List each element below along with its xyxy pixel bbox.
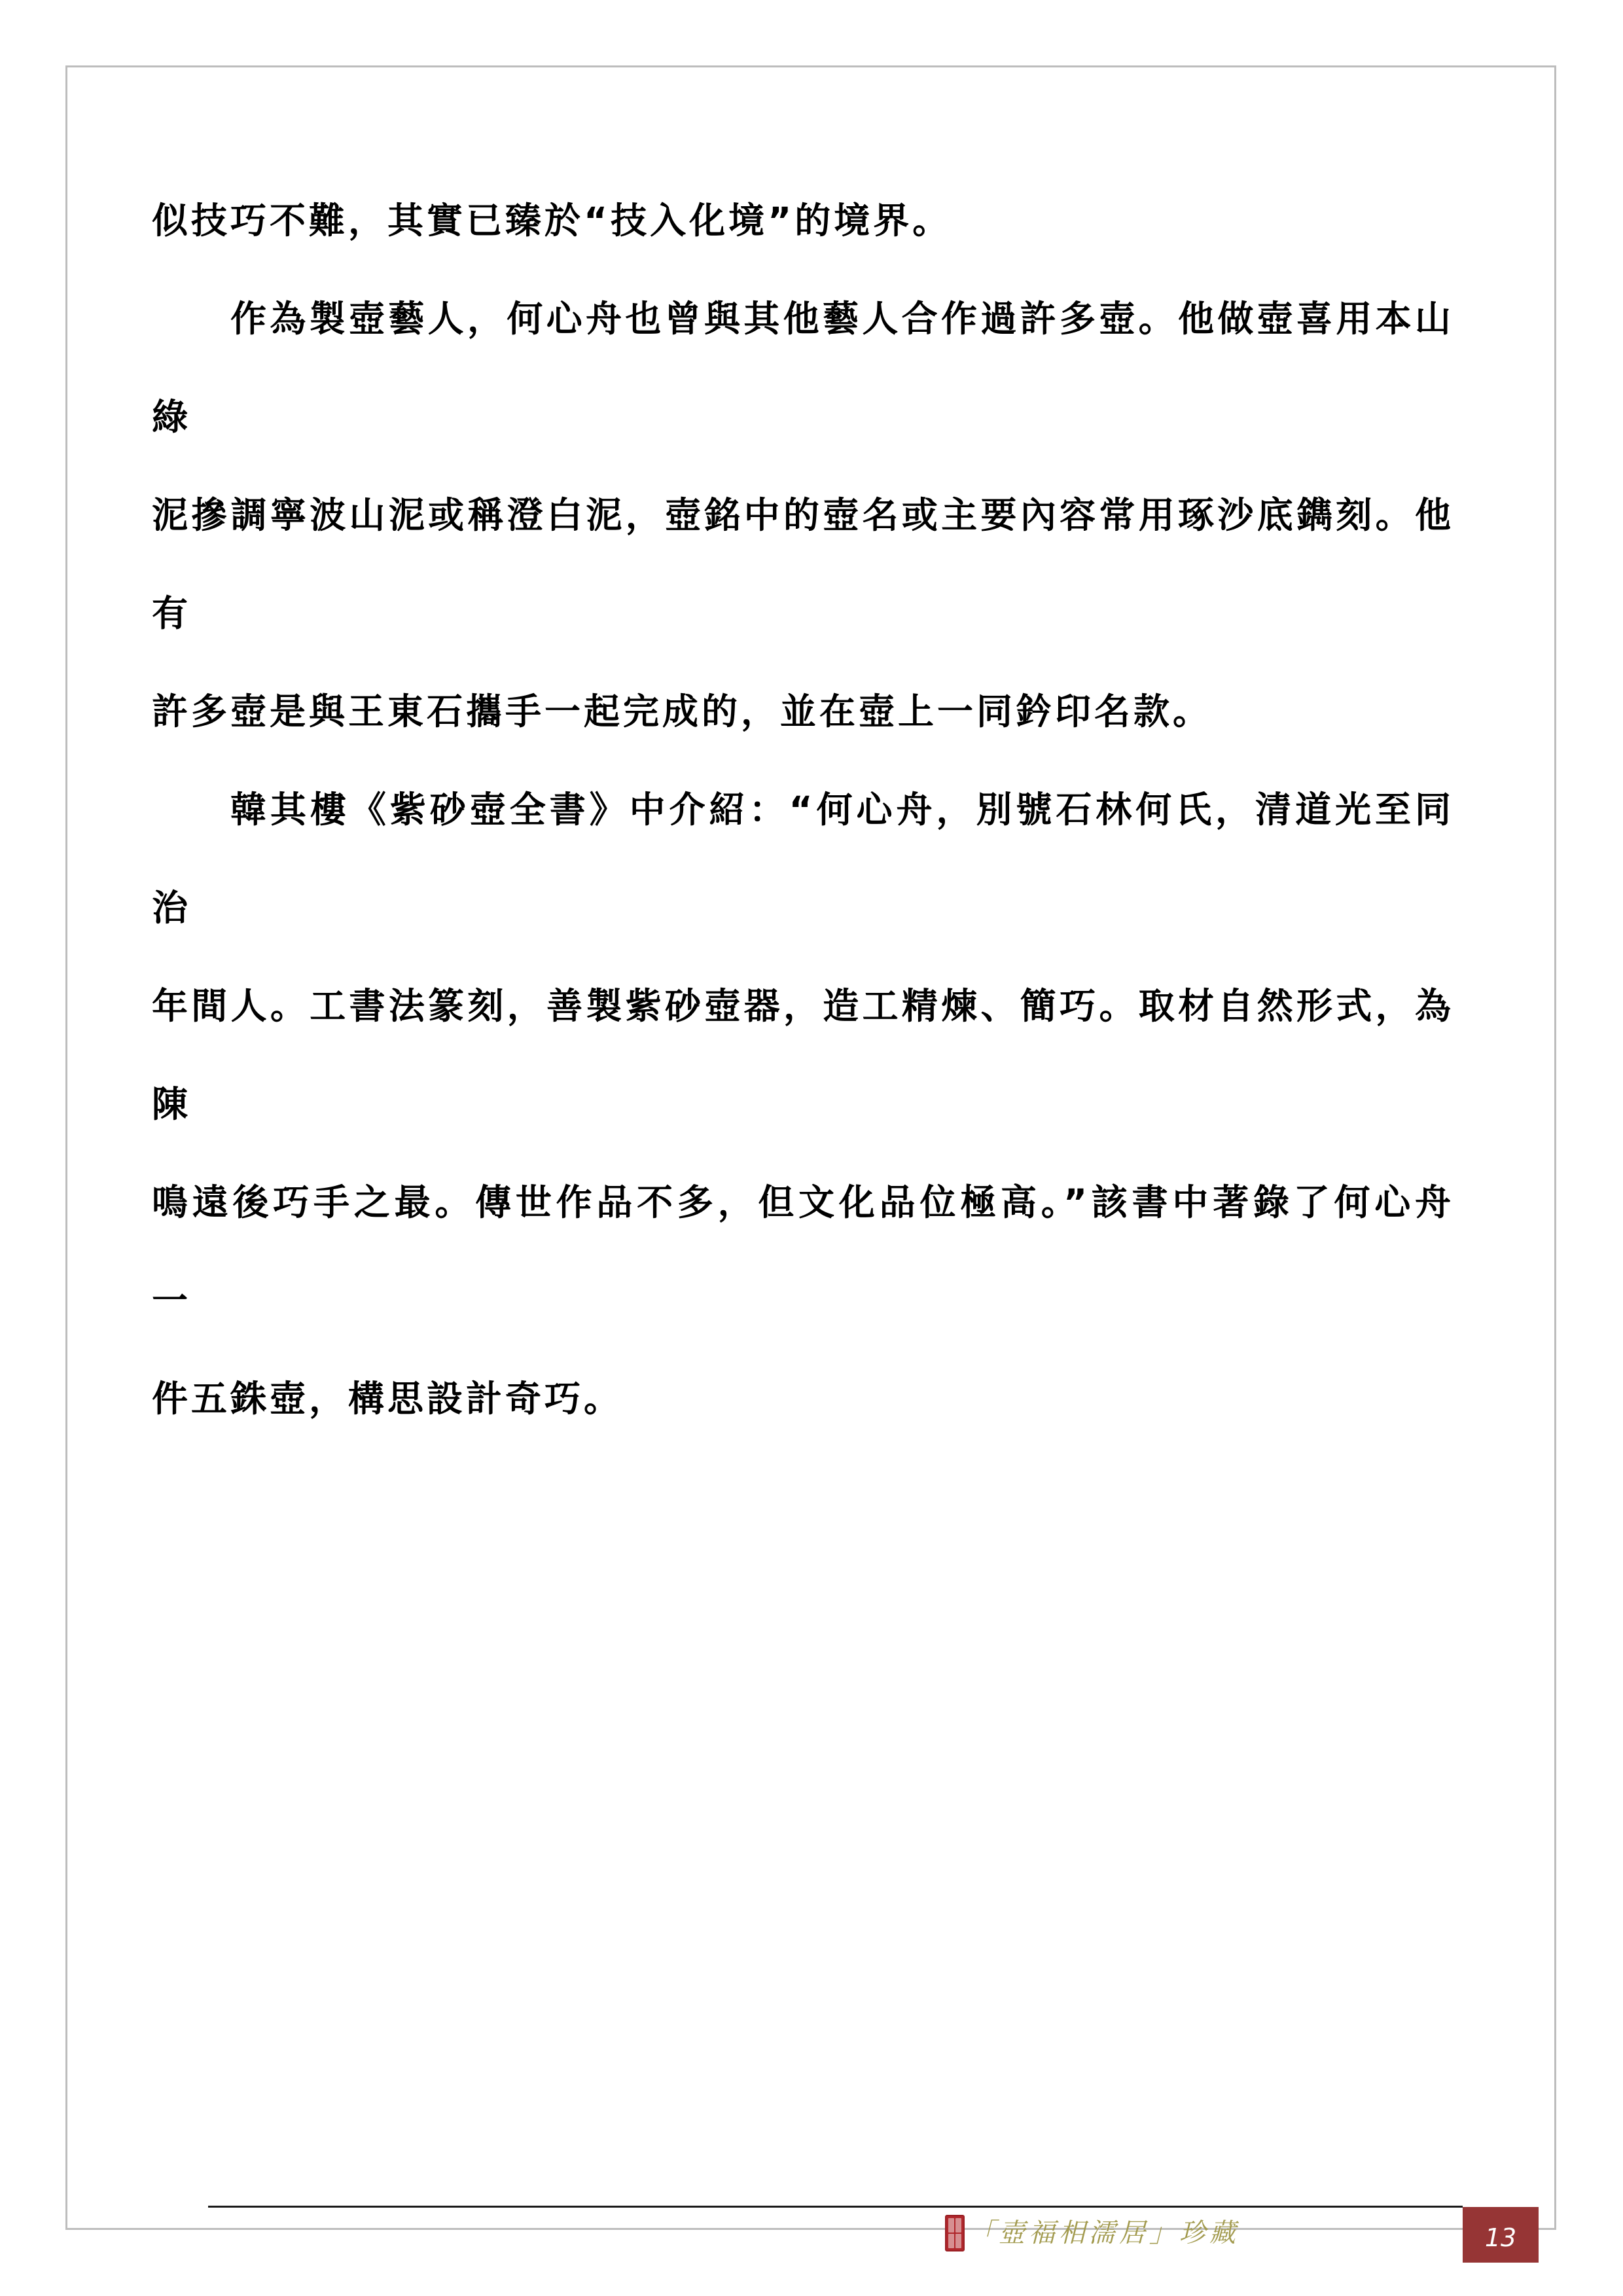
seal-glyph-block bbox=[948, 2234, 954, 2248]
text-line: 年間人。工書法篆刻，善製紫砂壺器，造工精煉、簡巧。取材自然形式，為陳 bbox=[152, 985, 1454, 1125]
seal-glyph-block bbox=[955, 2218, 961, 2233]
footer-divider bbox=[208, 2206, 1463, 2208]
seal-glyph-block bbox=[948, 2218, 954, 2233]
text-line: 作為製壺藝人，何心舟也曾與其他藝人合作過許多壺。他做壺喜用本山綠 bbox=[152, 298, 1454, 438]
paragraph-3: 韓其樓《紫砂壺全書》中介紹：“何心舟，別號石林何氏，清道光至同治 年間人。工書法… bbox=[152, 761, 1454, 1448]
seal-glyph-block bbox=[955, 2234, 961, 2248]
text-line: 許多壺是與王東石攜手一起完成的，並在壺上一同鈐印名款。 bbox=[152, 691, 1212, 732]
text-line: 件五銖壺，構思設計奇巧。 bbox=[152, 1378, 623, 1420]
page-number-label: 13 bbox=[1485, 2223, 1516, 2252]
page-number: 13 bbox=[1463, 2207, 1539, 2263]
paragraph-2: 作為製壺藝人，何心舟也曾與其他藝人合作過許多壺。他做壺喜用本山綠 泥摻調寧波山泥… bbox=[152, 270, 1454, 761]
text-line: 泥摻調寧波山泥或稱澄白泥，壺銘中的壺名或主要內容常用琢沙底鐫刻。他有 bbox=[152, 494, 1454, 634]
text-line: 鳴遠後巧手之最。傳世作品不多，但文化品位極高。”該書中著錄了何心舟一 bbox=[152, 1181, 1454, 1321]
body-text: 似技巧不難，其實已臻於“技入化境”的境界。 作為製壺藝人，何心舟也曾與其他藝人合… bbox=[152, 171, 1454, 1448]
paragraph-1: 似技巧不難，其實已臻於“技入化境”的境界。 bbox=[152, 171, 1454, 270]
seal-stamp-icon bbox=[945, 2215, 965, 2251]
text-line: 似技巧不難，其實已臻於“技入化境”的境界。 bbox=[152, 200, 952, 242]
text-line: 韓其樓《紫砂壺全書》中介紹：“何心舟，別號石林何氏，清道光至同治 bbox=[152, 789, 1454, 929]
footer-brand-text: 「壺福相濡居」珍藏 bbox=[969, 2212, 1240, 2254]
